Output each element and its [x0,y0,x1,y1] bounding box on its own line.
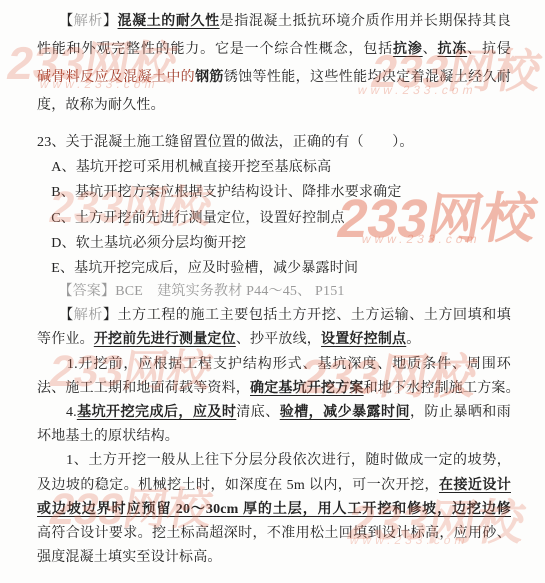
body-text: 】土方工程的施工主要包括土方开挖、土方运输、土方回填和填土的压实 [37,308,511,328]
text-line: 高符合设计要求。挖土标高超深时，不准用松土回填到设计标高，应用砂、碎石或低 [37,522,511,546]
faint-label-text: 解析 [74,308,103,323]
text-line: 【解析】混凝土的耐久性是指混凝土抵抗环境介质作用并长期保持其良好的使用 [37,8,511,36]
body-text: 清底、 [236,405,279,420]
body-text: 、 [423,42,438,57]
paragraph-block-answer-analysis: 【答案】BCE 建筑实务教材 P44～45、 P151 【解析】土方工程的施工主… [37,280,511,570]
text-line: B、基坑开挖方案应根据支护结构设计、降排水要求确定 [37,180,511,205]
body-text: 。 [406,332,420,347]
body-text: 、抄平放线， [236,332,321,347]
body-text: E、基坑开挖完成后，应及时验槽，减少暴露时间 [37,261,358,276]
body-text: C、土方开挖前先进行测量定位，设置好控制点 [37,211,345,226]
body-text: 高符合设计要求。挖土标高超深时，不准用松土回填到设计标高，应用砂、碎石或低 [37,526,511,546]
body-text: 【 [37,308,74,323]
text-line: C、土方开挖前先进行测量定位，设置好控制点 [37,206,511,231]
body-text: D、软土基坑必须分层均衡开挖 [37,236,246,251]
text-line: 强度混凝土填实至设计标高。 [37,546,511,570]
key-point-underlined: 混凝土的耐久性 [118,14,220,29]
text-line: 度，故称为耐久性。 [37,92,511,120]
key-point-underlined: 抗渗 [393,42,423,57]
body-text: 性能和外观完整性的能力。它是一个综合性概念，包括 [37,42,393,57]
text-line: 坏地基土的原状结构。 [37,425,511,449]
text-line: E、基坑开挖完成后，应及时验槽，减少暴露时间 [37,256,511,281]
paragraph-block-question-23: 23、关于混凝土施工缝留置位置的做法，正确的有（ ）。 A、基坑开挖可采用机械直… [37,130,511,281]
body-text: 和地下水控制施工方案。 [364,381,511,396]
body-text: 1、土方开挖一般从上往下分层分段依次进行，随时做成一定的坡势，以利泄水 [37,453,511,473]
text-line: 4.基坑开挖完成后，应及时清底、验槽，减少暴露时间，防止暴晒和雨水浸刷破 [37,401,511,425]
key-point-underlined: 开挖前先进行测量定位 [94,332,236,347]
bold-text: 钢筋 [195,70,224,85]
faint-label-text: 【答案】BCE 建筑实务教材 P44～45、 P151 [37,284,345,299]
key-point-underlined: 设置好控制点 [321,332,406,347]
body-text: 1.开挖前，应根据工程支护结构形式、基坑深度、地质条件、周围环境、施工方 [37,357,511,377]
text-line: 法、施工工期和地面荷载等资料，确定基坑开挖方案和地下水控制施工方案。 [37,377,511,401]
text-line: 23、关于混凝土施工缝留置位置的做法，正确的有（ ）。 [37,130,511,155]
body-text: 度，故称为耐久性。 [37,98,165,113]
text-line: 及边坡的稳定。机械挖土时，如深度在 5m 以内，可一次开挖，在接近设计坑底标高 [37,474,511,498]
text-line: 1、土方开挖一般从上往下分层分段依次进行，随时做成一定的坡势，以利泄水 [37,449,511,473]
key-point-underlined: 验槽，减少暴露时间 [280,405,410,420]
text-line: A、基坑开挖可采用机械直接开挖至基底标高 [37,155,511,180]
text-line: D、软土基坑必须分层均衡开挖 [37,231,511,256]
body-text: 法、施工工期和地面荷载等资料， [37,381,250,396]
text-line: 1.开挖前，应根据工程支护结构形式、基坑深度、地质条件、周围环境、施工方 [37,353,511,377]
text-line: 等作业。开挖前先进行测量定位、抄平放线，设置好控制点。 [37,328,511,352]
faint-label-text: 解析 [74,14,103,29]
key-point-underlined: 确定基坑开挖方案 [250,381,364,396]
text-line: 【解析】土方工程的施工主要包括土方开挖、土方运输、土方回填和填土的压实 [37,304,511,328]
key-point-underlined: 基坑开挖完成后，应及时 [77,405,236,420]
body-text: 坏地基土的原状结构。 [37,429,179,444]
key-point-underlined: 抗冻 [437,42,467,57]
body-text: 【 [37,14,74,29]
body-text: A、基坑开挖可采用机械直接开挖至基底标高 [37,160,331,175]
body-text: B、基坑开挖方案应根据支护结构设计、降排水要求确定 [37,185,402,200]
body-text: 】 [103,14,118,29]
body-text: 23、关于混凝土施工缝留置位置的做法，正确的有（ ）。 [37,135,414,150]
red-emphasis-text: 碱骨料反应及混凝土中的 [37,70,195,85]
body-text: 等作业。 [37,332,94,347]
body-text: 强度混凝土填实至设计标高。 [37,550,222,565]
text-line: 碱骨料反应及混凝土中的钢筋锈蚀等性能，这些性能均决定着混凝土经久耐用的程 [37,64,511,92]
body-text: 及边坡的稳定。机械挖土时，如深度在 5m 以内，可一次开挖， [37,478,439,493]
body-text: 4. [37,405,77,420]
key-point-underlined: 或边坡边界时应预留 20～30cm 厚的土层，用人工开挖和修坡，边挖边修坡 [37,502,511,522]
text-line: 或边坡边界时应预留 20～30cm 厚的土层，用人工开挖和修坡，边挖边修坡，保证… [37,498,511,522]
paragraph-block-analysis-durability: 【解析】混凝土的耐久性是指混凝土抵抗环境介质作用并长期保持其良好的使用性能和外观… [37,8,511,120]
text-line: 【答案】BCE 建筑实务教材 P44～45、 P151 [37,280,511,304]
text-line: 性能和外观完整性的能力。它是一个综合性概念，包括抗渗、抗冻、抗侵蚀、碳化、 [37,36,511,64]
scanned-document-page: 【解析】混凝土的耐久性是指混凝土抵抗环境介质作用并长期保持其良好的使用性能和外观… [0,0,545,583]
